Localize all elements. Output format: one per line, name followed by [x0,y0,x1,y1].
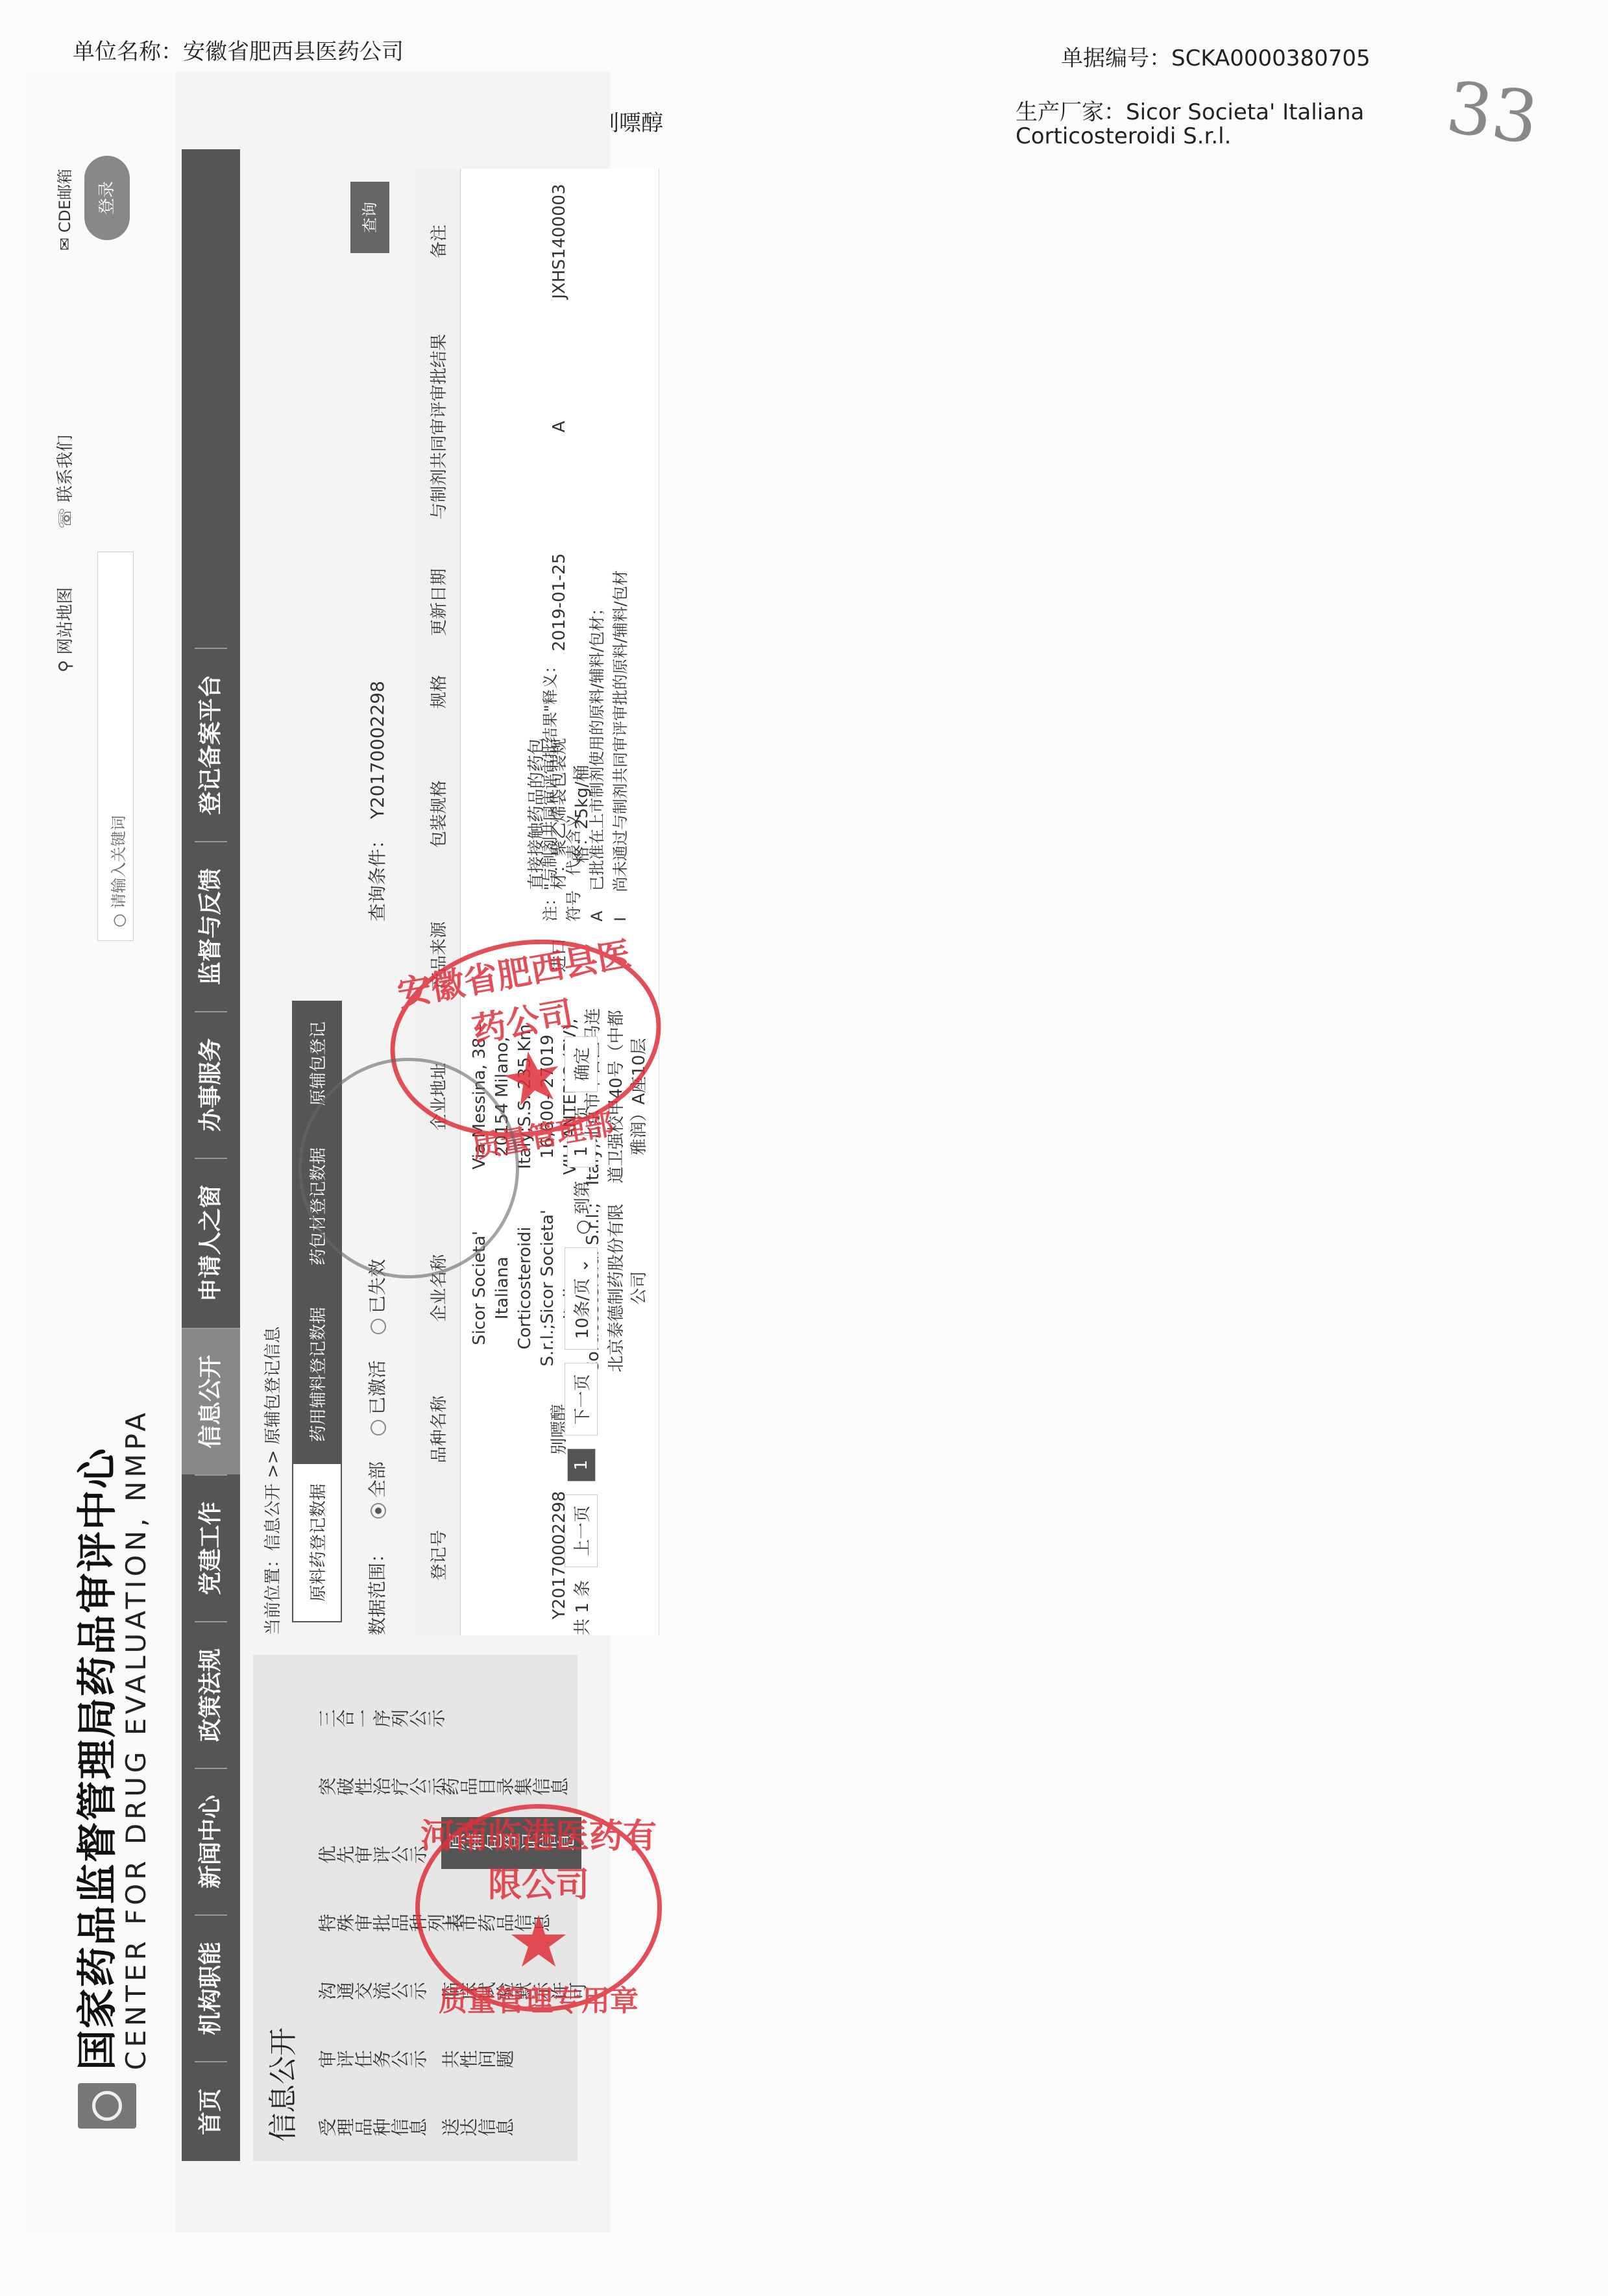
nav-item[interactable]: 新闻中心 [195,1768,227,1914]
legend-notes: 注："与制剂共同审评审批结果"释义： 符号 代表含义 A 已批准在上市制剂使用的… [539,570,632,922]
nav-item[interactable]: 党建工作 [195,1474,227,1621]
breadcrumb: 当前位置：信息公开 >> 原辅包登记信息 [260,1326,284,1635]
main-nav: 首页机构职能新闻中心政策法规党建工作信息公开申请人之窗办事服务监督与反馈登记备案… [182,149,240,2161]
sidebar-item[interactable]: 共性问题 [441,2047,514,2073]
unit-name: 单位名称：安徽省肥西县医药公司 [73,34,404,66]
sidebar-title: 信息公开 [260,2027,301,2142]
cde-logo-icon [78,2083,136,2129]
nav-item[interactable]: 登记备案平台 [195,648,227,841]
column-header: 更新日期 [415,539,461,665]
site-subtitle: CENTER FOR DRUG EVALUATION, NMPA [120,1409,152,2070]
nav-item[interactable]: 办事服务 [195,1011,227,1158]
column-header: 规格 [415,665,461,718]
handwritten-page-number: 33 [1442,66,1543,160]
nav-item[interactable]: 政策法规 [195,1621,227,1768]
nav-item[interactable]: 首页 [195,2061,227,2161]
notes-row: A 已批准在上市制剂使用的原料/辅料/包材； [585,570,609,922]
sidebar-item[interactable]: 审评任务公示 [318,2047,427,2073]
filter-option-label: 全部 [367,1461,388,1498]
total-count: 共 1 条 [569,1580,593,1635]
column-header: 包装规格 [415,718,461,910]
tab[interactable]: 药用辅料登记数据 [292,1286,342,1463]
radio-icon [371,1503,386,1519]
sidebar-item[interactable]: 三合一序列公示 [318,1707,445,1733]
per-page-select[interactable]: 10条/页 ⌄ [565,1247,598,1350]
table-cell: Y20170002298 [461,1475,659,1635]
filter-option-label: 已激活 [367,1360,388,1415]
site-title: 国家药品监督管理局药品审评中心 [65,1447,123,2070]
sidebar-item[interactable]: 沟通交流公示 [318,1979,427,2005]
sidebar-item[interactable]: 优先审评公示 [318,1843,427,1869]
query-condition: 查询条件： Y20170002298 [363,681,389,922]
search-input[interactable]: ○ 请输入关键词 [97,552,134,941]
top-links: ⚲ 网站地图 ☏ 联系我们 [52,435,76,672]
nav-item[interactable]: 申请人之窗 [195,1158,227,1328]
nav-item[interactable]: 机构职能 [195,1914,227,2061]
sitemap-link[interactable]: ⚲ 网站地图 [52,587,76,672]
table-cell: 别嘌醇 [461,1384,659,1475]
nav-item[interactable]: 信息公开 [182,1328,240,1474]
notes-title: 注："与制剂共同审评审批结果"释义： [539,570,562,922]
column-header: 备注 [415,169,461,314]
stamp-beijing-tide [298,1058,519,1278]
sidebar-item[interactable]: 送达信息 [441,2116,514,2142]
query-button[interactable]: 查询 [350,182,389,253]
filter-label: 数据范围： [363,1545,389,1635]
manufacturer: 生产厂家：Sicor Societa' Italiana [1016,94,1364,126]
login-button[interactable]: 登录 [84,156,130,240]
prev-page-button[interactable]: 上一页 [565,1495,598,1567]
sidebar-item[interactable]: 受理品种信息 [318,2116,427,2142]
page-1-button[interactable]: 1 [567,1448,596,1482]
filter-radio[interactable]: 已激活 [363,1360,389,1435]
rotated-webpage-scan: 国家药品监督管理局药品审评中心 CENTER FOR DRUG EVALUATI… [26,71,610,2232]
cde-mail-link[interactable]: ✉ CDE邮箱 [52,169,75,250]
query-value[interactable]: Y20170002298 [367,681,388,819]
document-number: 单据编号：SCKA0000380705 [1061,40,1370,72]
radio-icon [371,1319,386,1334]
main-content: 当前位置：信息公开 >> 原辅包登记信息 原料药登记数据药用辅料登记数据药包材登… [253,130,616,1635]
table-cell: JXHS1400003 [461,169,659,314]
nav-item[interactable]: 监督与反馈 [195,841,227,1011]
column-header: 登记号 [415,1475,461,1635]
notes-header: 符号 代表含义 [562,570,585,922]
sidebar-item[interactable]: 药品目录集信息 [441,1775,568,1801]
column-header: 与制剂共同审评审批结果 [415,314,461,539]
data-range-filter: 数据范围： 全部已激活已失效 [363,1259,389,1635]
contact-link[interactable]: ☏ 联系我们 [52,435,76,529]
stamp-henan-lingang: 河南临港医药有限公司★质量管理专用章 [415,1804,662,2012]
manufacturer-line2: Corticosteroidi S.r.l. [1016,123,1231,149]
notes-row: I 尚未通过与制剂共同审评审批的原料/辅料/包材 [609,570,632,922]
site-header: 国家药品监督管理局药品审评中心 CENTER FOR DRUG EVALUATI… [26,71,175,2232]
filter-radio[interactable]: 全部 [363,1461,389,1519]
goto-label: ○ 到第 [569,1180,593,1234]
next-page-button[interactable]: 下一页 [565,1363,598,1435]
sidebar-item[interactable]: 突破性治疗公示 [318,1775,445,1801]
column-header: 品种名称 [415,1384,461,1475]
table-cell: A [461,314,659,539]
tab[interactable]: 原料药登记数据 [292,1463,342,1622]
radio-icon [371,1420,386,1435]
